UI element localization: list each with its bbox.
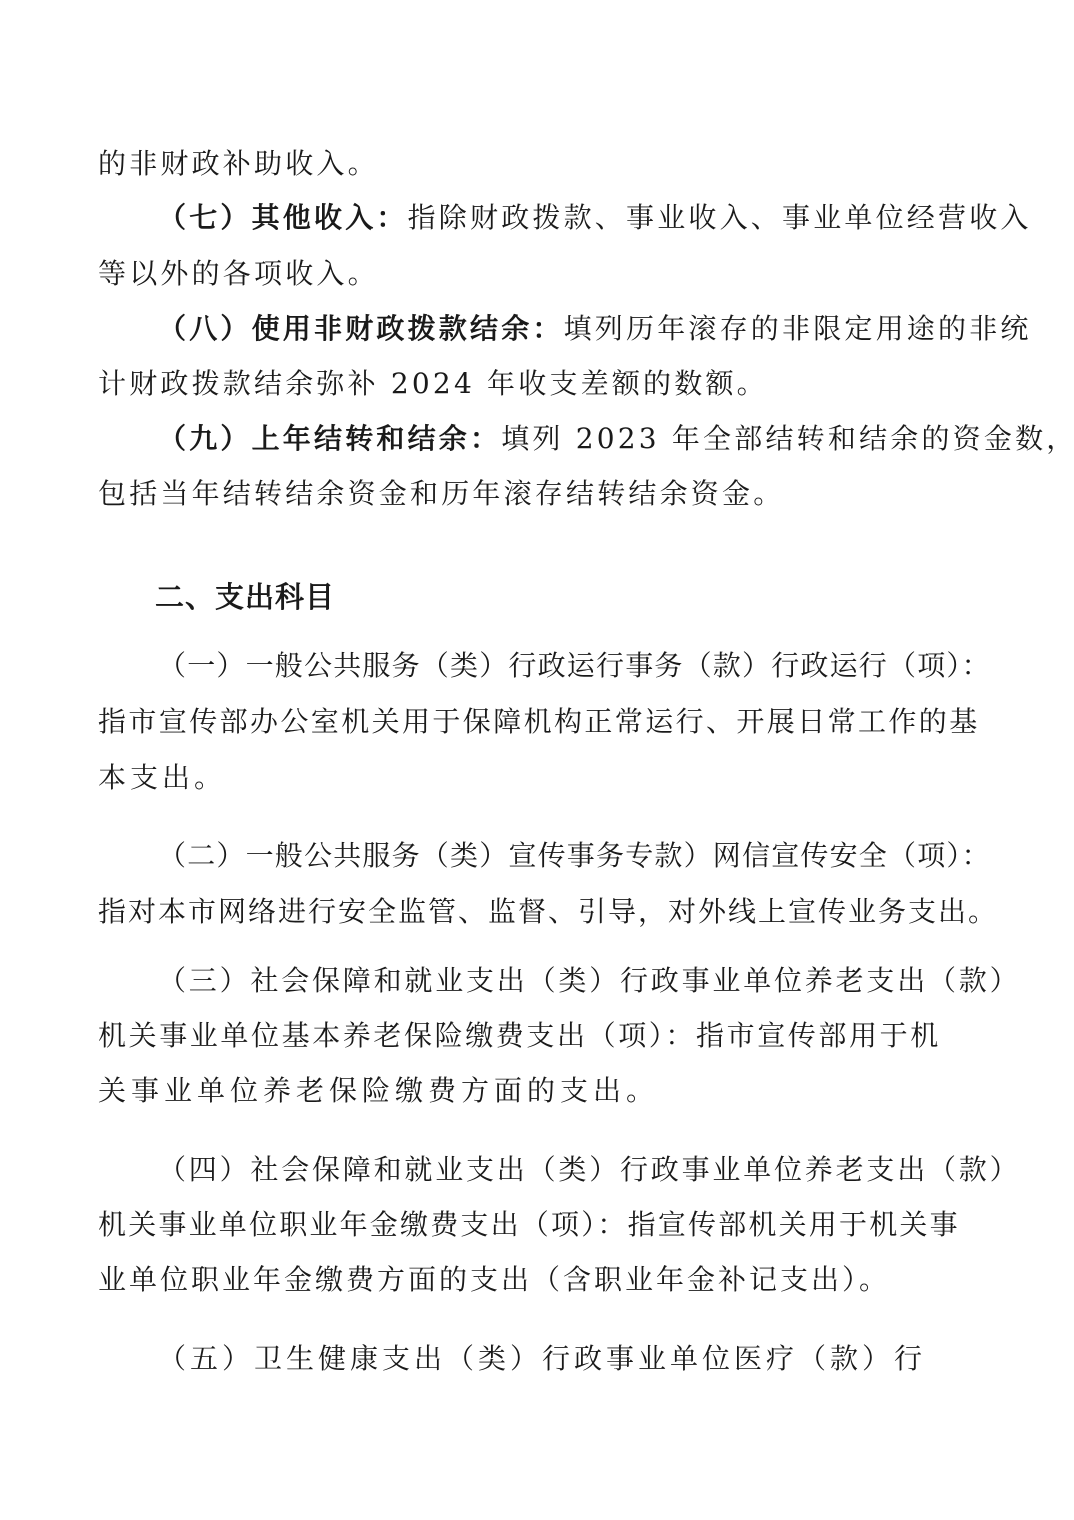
- paragraph-line: 等以外的各项收入。: [98, 256, 974, 292]
- item-label: （七）其他收入：: [158, 201, 408, 234]
- paragraph-text: 的非财政补助收入。: [98, 147, 379, 180]
- income-item-other: （七）其他收入：指除财政拨款、事业收入、事业单位经营收入: [158, 200, 974, 236]
- item-text: 指除财政拨款、事业收入、事业单位经营收入: [408, 201, 1032, 234]
- expense-item-1-line: （一）一般公共服务（类）行政运行事务（款）行政运行（项）：: [158, 648, 974, 684]
- item-text: 填列历年滚存的非限定用途的非统: [564, 312, 1032, 345]
- expense-item-4-line: 业单位职业年金缴费方面的支出（含职业年金补记支出）。: [98, 1262, 974, 1298]
- item-text: 计财政拨款结余弥补 2024 年收支差额的数额。: [98, 367, 768, 400]
- expense-item-2-line: 指对本市网络进行安全监管、监督、引导，对外线上宣传业务支出。: [98, 894, 974, 930]
- expense-item-1-line: 本支出。: [98, 760, 974, 796]
- item-label: （八）使用非财政拨款结余：: [158, 312, 564, 345]
- expense-item-1-line: 指市宣传部办公室机关用于保障机构正常运行、开展日常工作的基: [98, 704, 974, 740]
- expense-item-2-line: （二）一般公共服务（类）宣传事务专款）网信宣传安全（项）：: [158, 838, 974, 874]
- income-item-non-fiscal-balance: （八）使用非财政拨款结余：填列历年滚存的非限定用途的非统: [158, 311, 974, 347]
- item-text: 包括当年结转结余资金和历年滚存结转结余资金。: [98, 477, 784, 510]
- item-text: 填列 2023 年全部结转和结余的资金数，: [501, 422, 1074, 455]
- paragraph-line: 包括当年结转结余资金和历年滚存结转结余资金。: [98, 476, 974, 512]
- document-page: 的非财政补助收入。 （七）其他收入：指除财政拨款、事业收入、事业单位经营收入 等…: [0, 0, 1074, 1520]
- expense-item-3-line: 关事业单位养老保险缴费方面的支出。: [98, 1073, 974, 1109]
- income-item-prior-year-carryover: （九）上年结转和结余：填列 2023 年全部结转和结余的资金数，: [158, 421, 974, 457]
- item-label: （九）上年结转和结余：: [158, 422, 501, 455]
- expense-item-5-line: （五）卫生健康支出（类）行政事业单位医疗（款）行: [158, 1341, 974, 1377]
- section-heading: 二、支出科目: [155, 578, 335, 616]
- expense-item-4-line: 机关事业单位职业年金缴费支出（项）：指宣传部机关用于机关事: [98, 1207, 974, 1243]
- paragraph-line: 计财政拨款结余弥补 2024 年收支差额的数额。: [98, 366, 974, 402]
- expense-item-4-line: （四）社会保障和就业支出（类）行政事业单位养老支出（款）: [158, 1152, 974, 1188]
- paragraph-line: 的非财政补助收入。: [98, 146, 974, 182]
- expense-item-3-line: 机关事业单位基本养老保险缴费支出（项）：指市宣传部用于机: [98, 1018, 974, 1054]
- expense-item-3-line: （三）社会保障和就业支出（类）行政事业单位养老支出（款）: [158, 963, 974, 999]
- item-text: 等以外的各项收入。: [98, 257, 379, 290]
